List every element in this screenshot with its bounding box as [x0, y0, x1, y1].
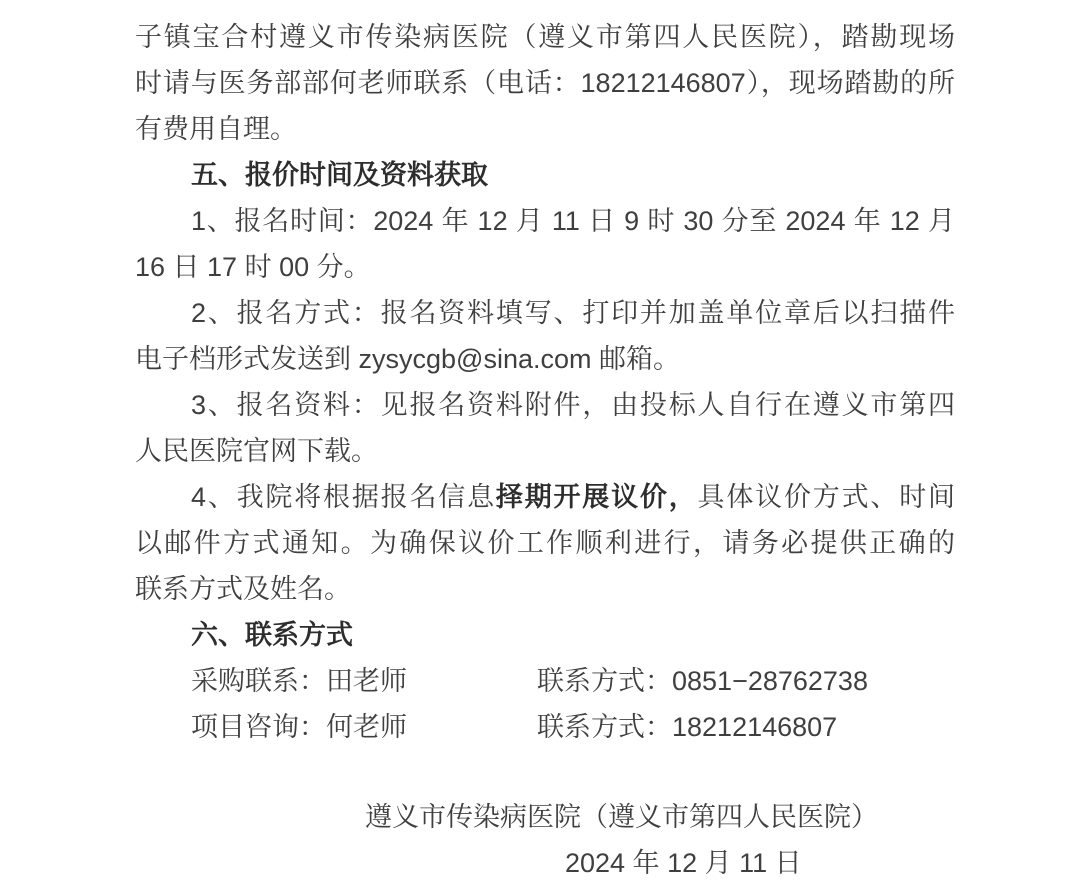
negotiation-notice-line-1: 4、我院将根据报名信息择期开展议价，具体议价方式、时间	[135, 474, 955, 520]
registration-time-line-2: 16 日 17 时 00 分。	[135, 244, 955, 290]
document-page: 子镇宝合村遵义市传染病医院（遵义市第四人民医院），踏勘现场 时请与医务部部何老师…	[135, 0, 955, 886]
project-contact-name: 项目咨询：何老师	[191, 704, 537, 750]
section-6-heading: 六、联系方式	[135, 612, 955, 658]
registration-method-line-2: 电子档形式发送到 zysycgb@sina.com 邮箱。	[135, 336, 955, 382]
signature-block-spacer	[135, 750, 955, 794]
negotiation-notice-post: 具体议价方式、时间	[698, 482, 955, 512]
site-survey-paragraph-line-1: 子镇宝合村遵义市传染病医院（遵义市第四人民医院），踏勘现场	[135, 14, 955, 60]
signature-date: 2024 年 12 月 11 日	[135, 840, 955, 886]
registration-materials-line-2: 人民医院官网下载。	[135, 428, 955, 474]
negotiation-notice-line-2: 以邮件方式通知。为确保议价工作顺利进行，请务必提供正确的	[135, 520, 955, 566]
registration-time-line-1: 1、报名时间：2024 年 12 月 11 日 9 时 30 分至 2024 年…	[135, 198, 955, 244]
procurement-contact-phone: 联系方式：0851−28762738	[537, 666, 868, 696]
registration-method-line-1: 2、报名方式：报名资料填写、打印并加盖单位章后以扫描件	[135, 290, 955, 336]
site-survey-paragraph-line-3: 有费用自理。	[135, 106, 955, 152]
negotiation-notice-pre: 4、我院将根据报名信息	[191, 482, 496, 512]
procurement-contact-name: 采购联系：田老师	[191, 658, 537, 704]
section-5-heading: 五、报价时间及资料获取	[135, 152, 955, 198]
negotiation-notice-bold-phrase: 择期开展议价，	[496, 482, 698, 512]
signature-organization: 遵义市传染病医院（遵义市第四人民医院）	[135, 794, 955, 840]
project-contact-phone: 联系方式：18212146807	[537, 712, 837, 742]
contact-row-project: 项目咨询：何老师联系方式：18212146807	[135, 704, 955, 750]
contact-row-procurement: 采购联系：田老师联系方式：0851−28762738	[135, 658, 955, 704]
negotiation-notice-line-3: 联系方式及姓名。	[135, 566, 955, 612]
site-survey-paragraph-line-2: 时请与医务部部何老师联系（电话：18212146807），现场踏勘的所	[135, 60, 955, 106]
registration-materials-line-1: 3、报名资料：见报名资料附件，由投标人自行在遵义市第四	[135, 382, 955, 428]
